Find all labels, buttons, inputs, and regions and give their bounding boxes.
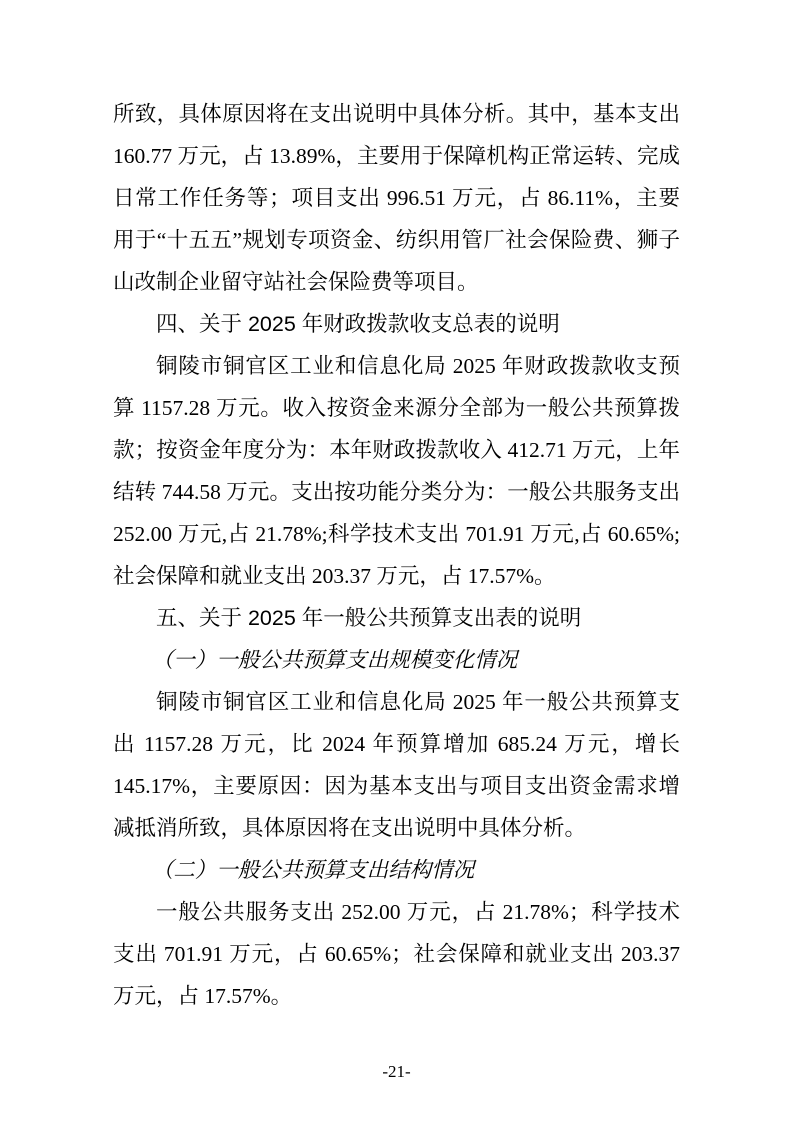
section-5-heading: 五、关于 2025 年一般公共预算支出表的说明 <box>113 597 680 639</box>
paragraph-continuation: 所致，具体原因将在支出说明中具体分析。其中，基本支出 160.77 万元，占 1… <box>113 93 680 303</box>
section-4-heading: 四、关于 2025 年财政拨款收支总表的说明 <box>113 303 680 345</box>
section-5-sub-1-heading: （一）一般公共预算支出规模变化情况 <box>113 639 680 681</box>
document-page: 所致，具体原因将在支出说明中具体分析。其中，基本支出 160.77 万元，占 1… <box>113 93 680 1017</box>
section-4-paragraph: 铜陵市铜官区工业和信息化局 2025 年财政拨款收支预算 1157.28 万元。… <box>113 345 680 597</box>
section-5-sub-1-paragraph: 铜陵市铜官区工业和信息化局 2025 年一般公共预算支出 1157.28 万元，… <box>113 681 680 849</box>
section-5-sub-2-heading: （二）一般公共预算支出结构情况 <box>113 849 680 891</box>
section-5-sub-2-paragraph: 一般公共服务支出 252.00 万元，占 21.78%；科学技术支出 701.9… <box>113 891 680 1017</box>
page-number: -21- <box>0 1060 793 1084</box>
